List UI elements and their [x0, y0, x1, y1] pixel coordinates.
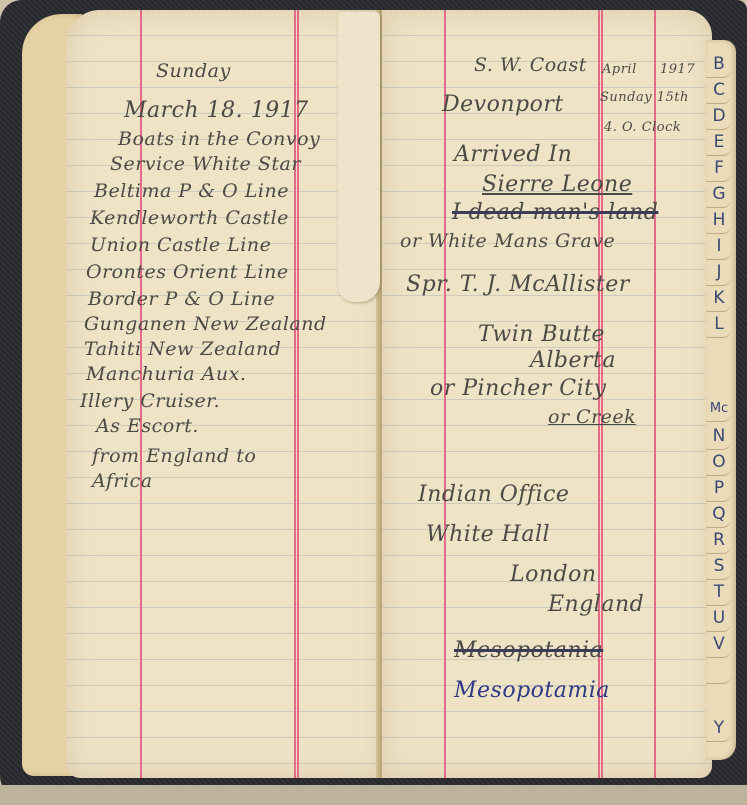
- index-tab-n[interactable]: N: [706, 424, 732, 450]
- index-tab-c[interactable]: C: [706, 78, 732, 104]
- entry-mesopotamia-ink: Mesopotamia: [454, 678, 610, 703]
- entry-sierra-leone: Sierre Leone: [482, 172, 632, 197]
- header-date-day: Sunday 15th: [600, 90, 689, 105]
- entry-indian-office: Indian Office: [418, 482, 569, 507]
- index-tab-h[interactable]: H: [706, 208, 732, 234]
- entry-white-mans-grave: or White Mans Grave: [400, 230, 615, 252]
- entry-creek: or Creek: [548, 406, 636, 428]
- index-tab-t[interactable]: T: [706, 580, 732, 606]
- left-line: Kendleworth Castle: [90, 207, 289, 229]
- index-tab-s[interactable]: S: [706, 554, 732, 580]
- left-line: Tahiti New Zealand: [84, 338, 281, 360]
- left-line: Beltima P & O Line: [94, 180, 289, 202]
- left-line: Boats in the Convoy: [118, 128, 320, 150]
- entry-england: England: [548, 592, 644, 617]
- header-date-year: 1917: [660, 62, 695, 77]
- left-page: Sunday March 18. 1917 Boats in the Convo…: [66, 10, 384, 778]
- left-line: Illery Cruiser.: [80, 390, 220, 412]
- index-tab-e[interactable]: E: [706, 130, 732, 156]
- left-line: Africa: [92, 470, 153, 492]
- index-tab-g[interactable]: G: [706, 182, 732, 208]
- index-tab-q[interactable]: Q: [706, 502, 732, 528]
- index-tab-i[interactable]: I: [706, 234, 732, 260]
- torn-page-flap: [338, 12, 380, 302]
- alphabet-index-tabs: B C D E F G H I J K L Mc N O P Q R S T U…: [706, 52, 734, 752]
- index-tab-d[interactable]: D: [706, 104, 732, 130]
- left-line: As Escort.: [96, 415, 199, 437]
- entry-pincher-city: or Pincher City: [430, 376, 606, 401]
- index-tab-y[interactable]: Y: [706, 716, 732, 742]
- index-tab-r[interactable]: R: [706, 528, 732, 554]
- entry-white-hall: White Hall: [426, 522, 550, 547]
- index-tab-k[interactable]: K: [706, 286, 732, 312]
- left-line: Gunganen New Zealand: [84, 313, 327, 335]
- right-page: S. W. Coast April 1917 Devonport Sunday …: [382, 10, 712, 778]
- entry-arrived: Arrived In: [454, 142, 572, 167]
- margin-line: [297, 10, 299, 778]
- index-tab-u[interactable]: U: [706, 606, 732, 632]
- index-tab-mc[interactable]: Mc: [706, 396, 732, 422]
- left-line: Manchuria Aux.: [86, 363, 246, 385]
- left-line-date: March 18. 1917: [124, 98, 309, 123]
- left-line: Orontes Orient Line: [86, 261, 289, 283]
- index-tab-v[interactable]: V: [706, 632, 732, 658]
- entry-london: London: [510, 562, 597, 587]
- index-tab-o[interactable]: O: [706, 450, 732, 476]
- entry-soldier-name: Spr. T. J. McAllister: [406, 272, 630, 297]
- left-line: Union Castle Line: [90, 234, 271, 256]
- index-tab-j[interactable]: J: [706, 260, 732, 286]
- left-line-day: Sunday: [156, 60, 231, 82]
- entry-twin-butte: Twin Butte: [478, 322, 605, 347]
- entry-struck-dead-mans-land: I dead man's land: [452, 200, 658, 225]
- margin-line: [294, 10, 296, 778]
- header-time: 4. O. Clock: [604, 120, 681, 135]
- left-line: Border P & O Line: [88, 288, 275, 310]
- background-surface: [0, 785, 747, 805]
- index-tab-l[interactable]: L: [706, 312, 732, 338]
- index-tab-f[interactable]: F: [706, 156, 732, 182]
- left-line: from England to: [92, 445, 256, 467]
- entry-mesopotania-struck: Mesopotania: [454, 638, 603, 663]
- index-tab-b[interactable]: B: [706, 52, 732, 78]
- index-tab-blank[interactable]: [706, 658, 732, 684]
- entry-alberta: Alberta: [530, 348, 616, 373]
- header-date-month: April: [602, 62, 637, 77]
- left-line: Service White Star: [110, 153, 301, 175]
- header-location-port: Devonport: [442, 92, 564, 117]
- index-tab-p[interactable]: P: [706, 476, 732, 502]
- header-location-coast: S. W. Coast: [474, 54, 587, 76]
